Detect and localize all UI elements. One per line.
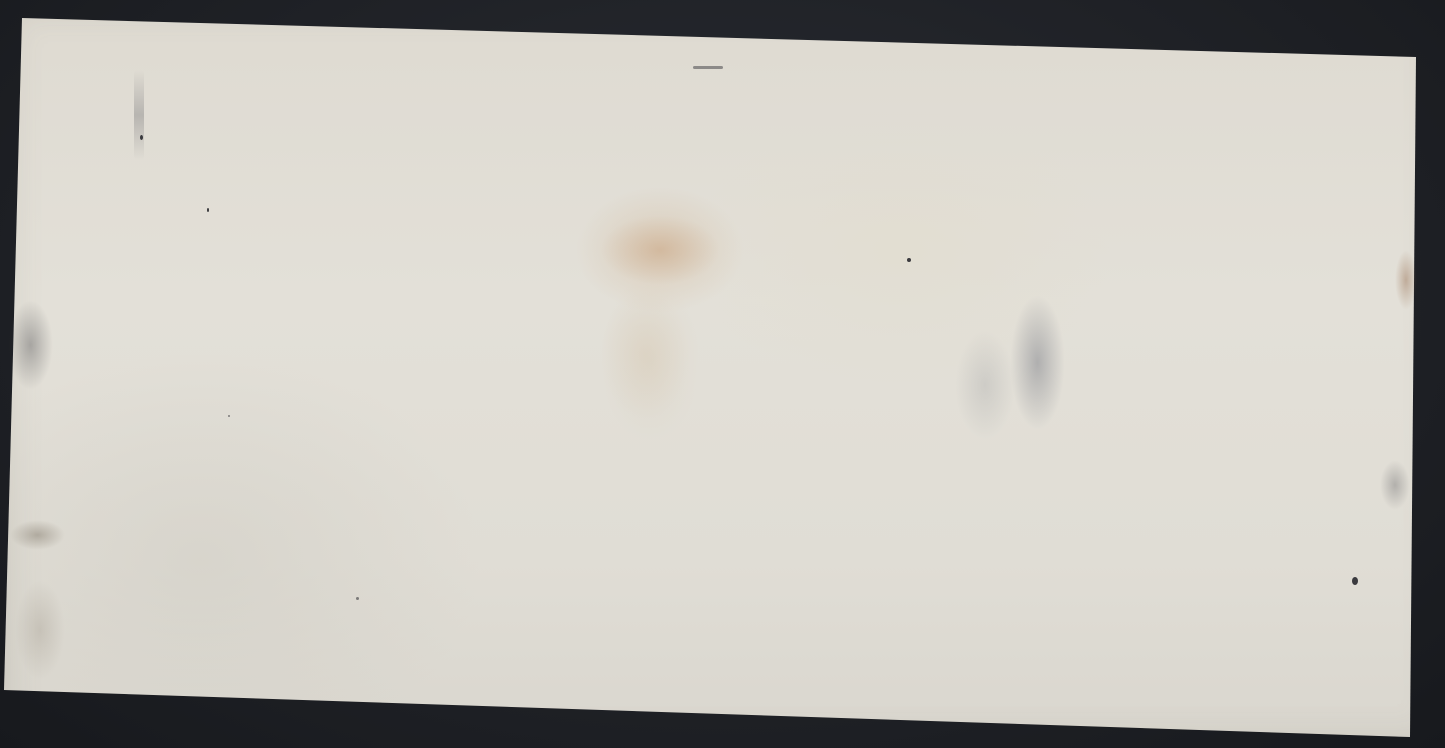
dark-speck [1352, 577, 1358, 585]
dark-speck [140, 135, 143, 140]
blank-card [0, 0, 1445, 748]
photo-scene [0, 0, 1445, 748]
dark-speck [693, 66, 723, 69]
dark-speck [228, 415, 230, 417]
dark-speck [356, 597, 359, 600]
dark-speck [907, 258, 911, 262]
dark-speck [207, 208, 209, 212]
